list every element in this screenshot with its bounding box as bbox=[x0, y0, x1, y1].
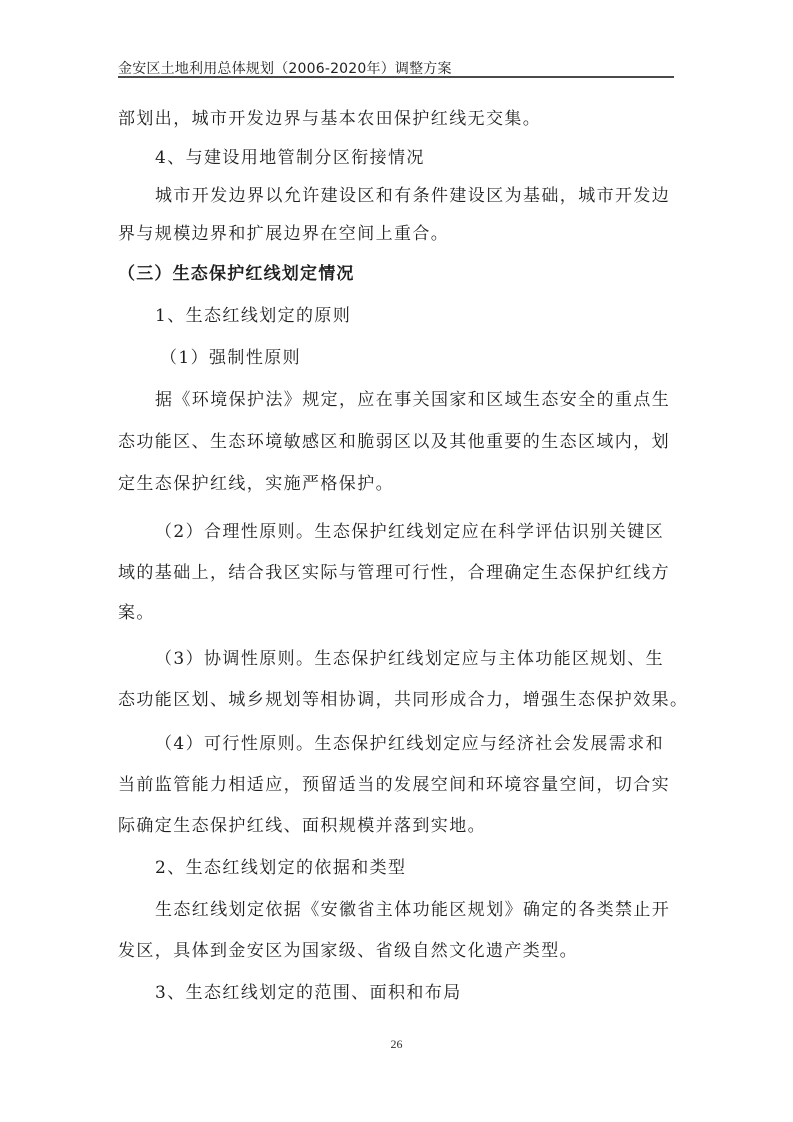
paragraph-line: （4）可行性原则。生态保护红线划定应与经济社会发展需求和 bbox=[155, 734, 715, 754]
subheading-3: 3、生态红线划定的范围、面积和布局 bbox=[155, 983, 715, 1003]
paragraph-line: （3）协调性原则。生态保护红线划定应与主体功能区规划、生 bbox=[155, 649, 715, 669]
subheading-1: 1、生态红线划定的原则 bbox=[155, 306, 715, 326]
paragraph-line: 生态红线划定依据《安徽省主体功能区规划》确定的各类禁止开 bbox=[155, 900, 715, 920]
header-title: 金安区土地利用总体规划（2006-2020年）调整方案 bbox=[118, 58, 674, 78]
subheading-4: 4、与建设用地管制分区衔接情况 bbox=[155, 148, 715, 168]
text-line: 际确定生态保护红线、面积规模并落到实地。 bbox=[118, 816, 678, 836]
subheading-2: 2、生态红线划定的依据和类型 bbox=[155, 858, 715, 878]
sub-subheading-1: （1）强制性原则 bbox=[160, 348, 720, 368]
text-line: 案。 bbox=[118, 603, 678, 623]
text-line: 态功能区、生态环境敏感区和脆弱区以及其他重要的生态区域内，划 bbox=[118, 432, 678, 452]
text-line: 态功能区划、城乡规划等相协调，共同形成合力，增强生态保护效果。 bbox=[118, 690, 678, 710]
text-line: 域的基础上，结合我区实际与管理可行性，合理确定生态保护红线方 bbox=[118, 563, 678, 583]
text-line: 发区，具体到金安区为国家级、省级自然文化遗产类型。 bbox=[118, 941, 678, 961]
paragraph-line: 城市开发边界以允许建设区和有条件建设区为基础，城市开发边 bbox=[155, 186, 715, 206]
text-line: 定生态保护红线，实施严格保护。 bbox=[118, 474, 678, 494]
text-line: 部划出，城市开发边界与基本农田保护红线无交集。 bbox=[118, 109, 678, 129]
header-divider bbox=[118, 76, 674, 78]
section-heading: （三）生态保护红线划定情况 bbox=[118, 264, 678, 284]
page-number: 26 bbox=[0, 1037, 793, 1052]
paragraph-line: 据《环境保护法》规定，应在事关国家和区域生态安全的重点生 bbox=[155, 390, 715, 410]
paragraph-line: （2）合理性原则。生态保护红线划定应在科学评估识别关键区 bbox=[155, 522, 715, 542]
text-line: 当前监管能力相适应，预留适当的发展空间和环境容量空间，切合实 bbox=[118, 775, 678, 795]
text-line: 界与规模边界和扩展边界在空间上重合。 bbox=[118, 224, 678, 244]
